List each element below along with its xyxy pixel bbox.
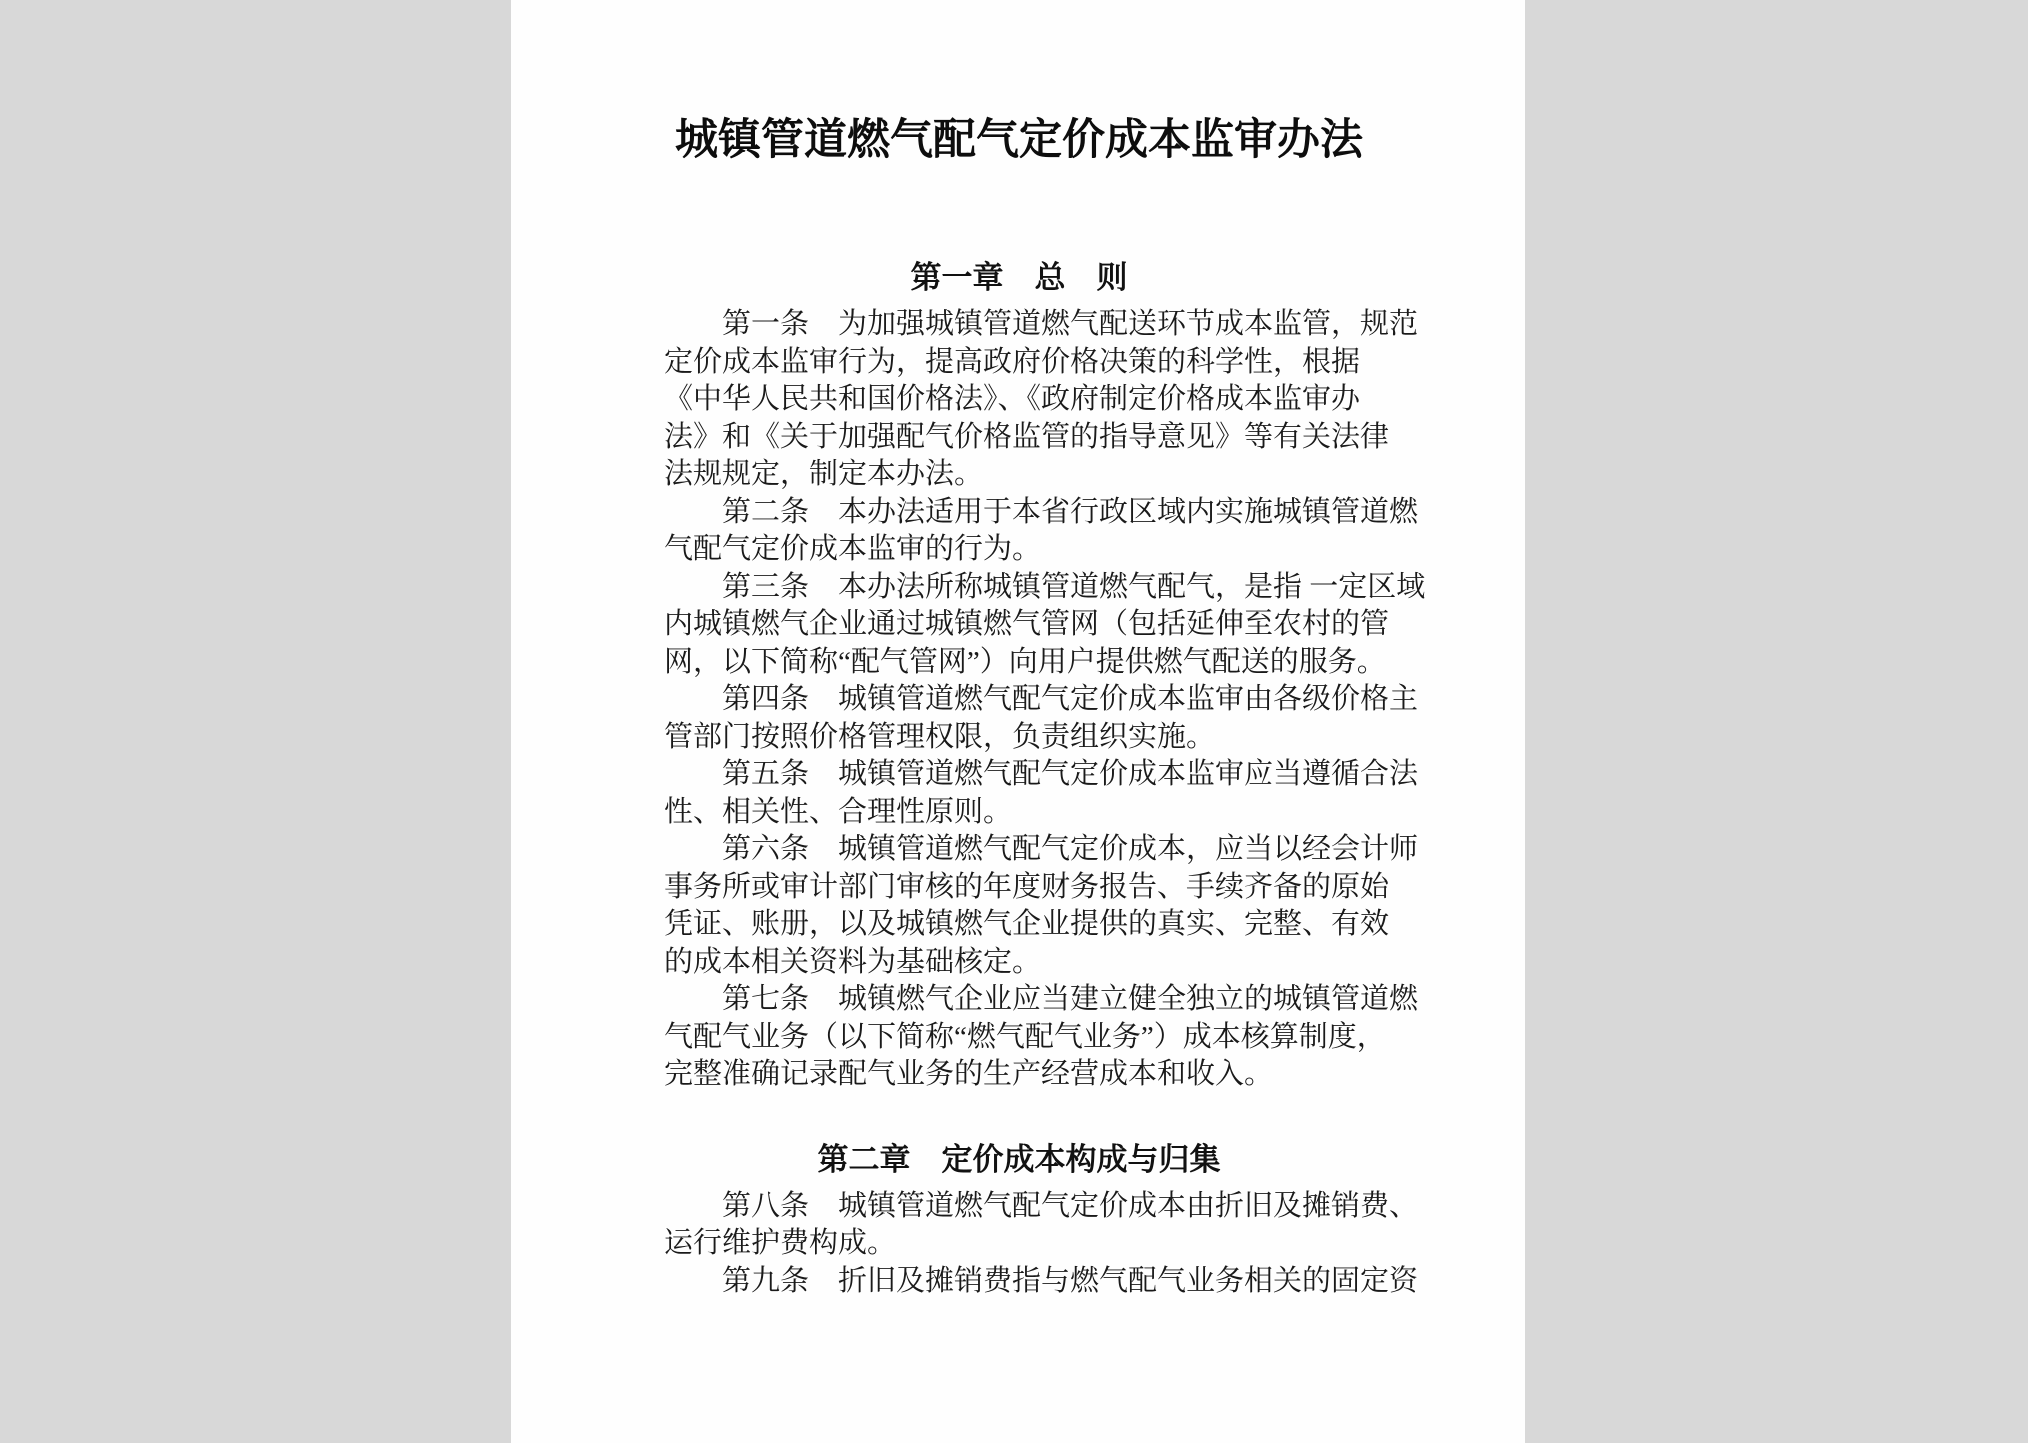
text-line: 法》和《关于加强配气价格监管的指导意见》等有关法律 <box>664 419 1374 457</box>
text-line: 第二条 本办法适用于本省行政区域内实施城镇管道燃 <box>664 494 1374 532</box>
text-line: 的成本相关资料为基础核定。 <box>664 944 1374 982</box>
chapter-1-heading: 第一章 总 则 <box>664 258 1374 298</box>
text-line: 法规规定，制定本办法。 <box>664 456 1374 494</box>
text-line: 第三条 本办法所称城镇管道燃气配气，是指 一定区域 <box>664 569 1374 607</box>
document-title: 城镇管道燃气配气定价成本监审办法 <box>664 0 1374 170</box>
text-line: 运行维护费构成。 <box>664 1225 1374 1263</box>
chapter-2-heading: 第二章 定价成本构成与归集 <box>664 1140 1374 1180</box>
text-line: 管部门按照价格管理权限，负责组织实施。 <box>664 719 1374 757</box>
chapter-2: 第二章 定价成本构成与归集 第八条 城镇管道燃气配气定价成本由折旧及摊销费、 运… <box>664 1140 1374 1301</box>
text-line: 第五条 城镇管道燃气配气定价成本监审应当遵循合法 <box>664 756 1374 794</box>
text-line: 完整准确记录配气业务的生产经营成本和收入。 <box>664 1056 1374 1094</box>
text-line: 气配气业务（以下简称“燃气配气业务”）成本核算制度， <box>664 1019 1374 1057</box>
text-line: 第四条 城镇管道燃气配气定价成本监审由各级价格主 <box>664 681 1374 719</box>
text-line: 《中华人民共和国价格法》、《政府制定价格成本监审办 <box>664 381 1374 419</box>
text-line: 气配气定价成本监审的行为。 <box>664 531 1374 569</box>
document-page: 城镇管道燃气配气定价成本监审办法 第一章 总 则 第一条 为加强城镇管道燃气配送… <box>511 0 1525 1443</box>
text-line: 第九条 折旧及摊销费指与燃气配气业务相关的固定资 <box>664 1263 1374 1301</box>
chapter-1: 第一章 总 则 第一条 为加强城镇管道燃气配送环节成本监管，规范 定价成本监审行… <box>664 258 1374 1094</box>
text-line: 事务所或审计部门审核的年度财务报告、手续齐备的原始 <box>664 869 1374 907</box>
text-line: 第八条 城镇管道燃气配气定价成本由折旧及摊销费、 <box>664 1188 1374 1226</box>
text-line: 定价成本监审行为，提高政府价格决策的科学性，根据 <box>664 344 1374 382</box>
text-line: 凭证、账册，以及城镇燃气企业提供的真实、完整、有效 <box>664 906 1374 944</box>
text-line: 第一条 为加强城镇管道燃气配送环节成本监管，规范 <box>664 306 1374 344</box>
scan-background: 城镇管道燃气配气定价成本监审办法 第一章 总 则 第一条 为加强城镇管道燃气配送… <box>0 0 2028 1443</box>
text-line: 第六条 城镇管道燃气配气定价成本，应当以经会计师 <box>664 831 1374 869</box>
text-line: 网，以下简称“配气管网”）向用户提供燃气配送的服务。 <box>664 644 1374 682</box>
text-line: 性、相关性、合理性原则。 <box>664 794 1374 832</box>
text-line: 第七条 城镇燃气企业应当建立健全独立的城镇管道燃 <box>664 981 1374 1019</box>
text-line: 内城镇燃气企业通过城镇燃气管网（包括延伸至农村的管 <box>664 606 1374 644</box>
